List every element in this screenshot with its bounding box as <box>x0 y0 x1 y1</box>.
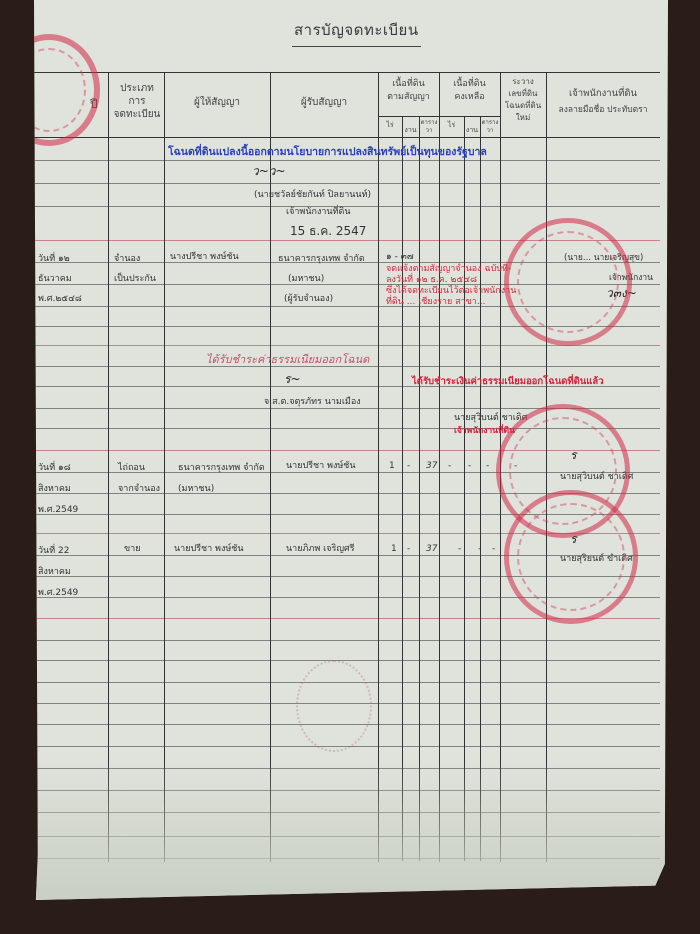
unit-ngan: งาน <box>464 124 480 137</box>
header-officer: เจ้าพนักงานที่ดิน ลงลายมือชื่อ ประทับตรา <box>546 86 660 118</box>
col-divider <box>164 72 165 862</box>
mortgage-note: จดแจ้งตามสัญญาจำนอง ฉบับที่- ลงวันที่ ๑๒… <box>386 264 516 308</box>
header-grantee: ผู้รับสัญญา <box>270 96 378 109</box>
col-divider <box>402 116 403 861</box>
area-sep: - <box>407 544 410 554</box>
rule <box>34 160 660 161</box>
rule <box>34 660 660 661</box>
label: ซึ่งได้จดทะเบียนไว้ต่อเจ้าพนักงาน <box>386 286 516 297</box>
label: เนื้อที่ดิน <box>439 78 500 91</box>
rule <box>34 836 660 837</box>
signature: ว~ว~ <box>252 162 286 181</box>
registration-sheet: สารบัญจดทะเบียน ปี ประเภท การ <box>34 0 668 900</box>
area-sep: - <box>478 544 481 554</box>
faint-stamp-imprint <box>296 660 372 752</box>
entry-type: ขาย <box>124 541 140 555</box>
label: การ <box>110 95 164 108</box>
official-seal-stamp <box>504 218 632 346</box>
label: เจ้าพนักงานที่ดิน <box>546 86 660 102</box>
label: ธนาคารกรุงเทพ จำกัด <box>278 249 365 269</box>
rule <box>34 858 660 859</box>
unit-rai: ไร่ <box>439 119 464 132</box>
day: วันที่ ๑๘ <box>38 458 78 479</box>
label: (มหาชน) <box>278 269 365 289</box>
month: สิงหาคม <box>38 562 78 583</box>
policy-note: โฉนดที่ดินแปลงนี้ออกตามนโยบายการแปลงสินท… <box>168 143 487 160</box>
label: จดทะเบียน <box>110 108 164 121</box>
entry-grantor: ธนาคารกรุงเทพ จำกัด (มหาชน) <box>178 458 265 500</box>
col-divider <box>378 72 379 862</box>
rule <box>34 183 660 184</box>
subheader-rule <box>378 116 500 117</box>
fee-received-stamp: ได้รับชำระเงินค่าธรรมเนียมออกโฉนดที่ดินแ… <box>412 374 604 389</box>
area-wa: 37 <box>426 544 437 554</box>
day: วันที่ 22 <box>38 541 78 562</box>
label: ประเภท <box>110 82 164 95</box>
label: จากจำนอง <box>118 479 160 500</box>
label: จำนอง <box>114 249 156 269</box>
area-sep: - <box>458 544 461 554</box>
label: ใหม่ <box>500 112 546 124</box>
area-sep: - <box>407 461 410 471</box>
entry-grantee: ธนาคารกรุงเทพ จำกัด (มหาชน) (ผู้รับจำนอง… <box>278 249 365 309</box>
entry-date: วันที่ ๑๘ สิงหาคม พ.ศ.2549 <box>38 458 78 521</box>
area-sep: - <box>448 461 451 471</box>
label: เลขที่ดิน <box>500 88 546 100</box>
rule <box>34 812 660 813</box>
header-area-contract: เนื้อที่ดิน ตามสัญญา <box>378 78 439 104</box>
col-divider <box>464 116 465 861</box>
unit-wa: ตารางวา <box>480 119 500 135</box>
label: ลงลายมือชื่อ ประทับตรา <box>546 102 660 118</box>
label: (มหาชน) <box>178 479 265 500</box>
entry-date: วันที่ 22 สิงหาคม พ.ศ.2549 <box>38 541 78 604</box>
unit-wa: ตารางวา <box>419 119 439 135</box>
entry-type: จำนอง เป็นประกัน <box>114 249 156 289</box>
officer-name: (นายชวัลย์ชัยกันท์ ปิลยานนท์) <box>254 187 371 201</box>
entry-grantee: นายปรีชา พงษ์ชัน <box>286 458 356 472</box>
header-area-remaining: เนื้อที่ดิน คงเหลือ <box>439 78 500 104</box>
area-sep: - <box>486 461 489 471</box>
label: เป็นประกัน <box>114 269 156 289</box>
header-bottom-rule <box>34 137 660 138</box>
label: ตามสัญญา <box>378 91 439 104</box>
label: ลงวันที่ ๑๒ ธ.ค. ๒๕๔๘ <box>386 275 516 286</box>
label: ไถ่ถอน <box>118 458 160 479</box>
label: ระวาง <box>500 76 546 88</box>
label: คงเหลือ <box>439 91 500 104</box>
area-sep: - <box>492 544 495 554</box>
col-divider <box>419 116 420 861</box>
col-divider <box>439 72 440 862</box>
month: สิงหาคม <box>38 479 78 500</box>
entry-grantor: นางปรีชา พงษ์ชัน <box>170 249 239 263</box>
year: พ.ศ.2549 <box>38 500 78 521</box>
entry-date: วันที่ ๑๒ ธันวาคม พ.ศ.๒๕๔๘ <box>38 249 82 309</box>
header-new-parcel: ระวาง เลขที่ดิน โฉนดที่ดิน ใหม่ <box>500 76 546 124</box>
area-rai: 1 <box>389 461 395 471</box>
label: โฉนดที่ดิน <box>500 100 546 112</box>
unit-rai: ไร่ <box>378 119 402 132</box>
signature: ร~ <box>284 370 301 389</box>
entry-grantee: นายภิภพ เจริญศรี <box>286 541 355 555</box>
header-reg-type: ประเภท การ จดทะเบียน <box>110 82 164 121</box>
year: พ.ศ.๒๕๔๘ <box>38 289 82 309</box>
unit-ngan: งาน <box>402 124 419 137</box>
fee-received-handwritten: ได้รับชำระค่าธรรมเนียมออกโฉนด <box>206 350 369 368</box>
officer-title: เจ้าพนักงานที่ดิน <box>286 204 350 218</box>
area-wa: 37 <box>426 461 437 471</box>
official-seal-stamp <box>504 490 638 624</box>
month: ธันวาคม <box>38 269 82 289</box>
rule <box>34 640 660 641</box>
label: จดแจ้งตามสัญญาจำนอง ฉบับที่- <box>386 264 516 275</box>
document-title: สารบัญจดทะเบียน <box>292 18 421 47</box>
entry-type: ไถ่ถอน จากจำนอง <box>118 458 160 500</box>
area-sep: - <box>468 461 471 471</box>
office-seal-partial <box>0 34 100 146</box>
label: ที่ดิน ... เชียงราย สาขา... <box>386 297 516 308</box>
year: พ.ศ.2549 <box>38 583 78 604</box>
header-top-rule <box>34 72 660 73</box>
label: ธนาคารกรุงเทพ จำกัด <box>178 458 265 479</box>
col-divider <box>108 72 109 862</box>
entry-grantor: นายปรีชา พงษ์ชัน <box>174 541 244 555</box>
header-grantor: ผู้ให้สัญญา <box>164 96 270 109</box>
rule <box>34 790 660 791</box>
label: (ผู้รับจำนอง) <box>278 289 365 309</box>
clerk-name: จ.ส.ต.จตุรภัทร นามเมือง <box>264 394 361 408</box>
label: เนื้อที่ดิน <box>378 78 439 91</box>
day: วันที่ ๑๒ <box>38 249 82 269</box>
rule <box>34 768 660 769</box>
annotation-date: 15 ธ.ค. 2547 <box>290 222 366 241</box>
entry-area: ๑ - ๓๗ <box>386 249 414 263</box>
area-rai: 1 <box>391 544 397 554</box>
col-divider <box>480 116 481 861</box>
